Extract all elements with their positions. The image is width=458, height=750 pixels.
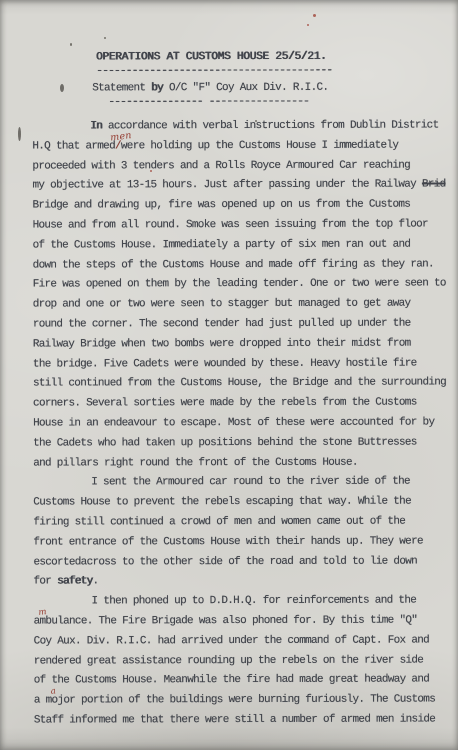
typed-text: firing still continued a crowd of men an… [33,516,405,529]
typed-text: of the Customs House. Immediately a part… [33,238,411,251]
typed-text: House in an endeavour to escape. Most of… [33,416,434,429]
typed-line: the bridge. Five Cadets were wounded by … [33,354,450,375]
typed-text: a m [34,695,52,707]
typed-text: down the steps of the Customs House and … [33,258,434,271]
typed-text: of the Customs House. Meanwhile the fire… [34,674,429,687]
subtitle-text-pre: Statement [92,82,151,94]
typed-text: safety [57,576,92,588]
subtitle-overstruck-word: by [151,82,163,94]
typed-line: House and from all round. Smoke was seen… [33,215,450,236]
title-underline: ---------------------------------------- [96,64,449,77]
typed-text: my objective at 13-15 hours. Just after … [32,179,422,192]
typed-line: drop and one or two were seen to stagger… [33,295,450,316]
ink-speck [18,127,21,141]
typed-line: and pillars right round the front of the… [33,453,450,474]
ink-speck [70,43,72,46]
typed-line: Railway Bridge when two bombs were dropp… [33,334,450,355]
ink-speck [104,37,106,39]
typed-text: were holding up the Customs House I imme… [121,139,398,152]
typed-text: the Cadets who had taken up positions be… [33,436,417,449]
typed-line: Customs House to prevent the rebels esca… [33,493,450,514]
typed-line: Staff informed me that there were still … [34,710,451,731]
typed-line: corners. Several sorties were made by th… [33,394,450,415]
typed-text: the bridge. Five Cadets were wounded by … [33,357,417,370]
typed-line: still continued from the Customs House, … [33,374,450,395]
document-body: In accordance with verbal instructions f… [32,116,451,731]
typed-line: for safety. [33,572,450,593]
typed-text: rendered great assistance rounding up th… [34,654,424,667]
typed-text: Railway Bridge when two bombs were dropp… [33,337,411,350]
typed-line: front entrance of the Customs House with… [33,532,450,553]
typed-line: rendered great assistance rounding up th… [34,651,451,672]
typed-line: round the corner. The second tender had … [33,314,450,335]
handwritten-insert: men/ [115,137,121,157]
typed-text: proceeded with 3 tenders and a Rolls Roy… [32,159,410,172]
corrected-letter: mm [39,612,45,632]
typed-text: Customs House to prevent the rebels esca… [33,496,411,509]
document-header: OPERATIONS AT CUSTOMS HOUSE 25/5/21. ---… [32,49,449,108]
typed-text: round the corner. The second tender had … [33,318,411,331]
typed-line: Fire was opened on them by the leading t… [33,275,450,296]
typed-text: corners. Several sorties were made by th… [33,397,417,410]
typed-line: of the Customs House. Meanwhile the fire… [34,671,451,692]
ink-speck [313,14,316,17]
subtitle-underline: ---------------- ----------------- [108,95,449,108]
typed-text: H.Q that armed [32,140,115,152]
typed-text: In [90,120,102,132]
typed-line: a maojor portion of the buildings were b… [34,691,451,712]
typed-line: Coy Aux. Div. R.I.C. had arrived under t… [34,631,451,652]
ink-speck [150,170,152,172]
handwritten-correction-text: men [109,126,133,148]
subtitle-text-post: O/C "F" Coy Aux Div. R.I.C. [163,82,328,94]
corrected-letter: ao [52,692,58,712]
typed-line: my objective at 13-15 hours. Just after … [32,176,449,197]
typed-text: jor portion of the buildings were burnin… [57,694,435,707]
ink-speck [60,84,64,92]
document-title: OPERATIONS AT CUSTOMS HOUSE 25/5/21. [96,49,449,65]
typed-line: ammbulance. The Fire Brigade was also ph… [34,611,451,632]
typed-text: still continued from the Customs House, … [33,377,446,390]
typed-text: for [33,576,57,588]
typed-text: House and from all round. Smoke was seen… [33,218,428,231]
typed-text: accordance with verbal instructions from… [102,119,438,132]
typed-line: the Cadets who had taken up positions be… [33,433,450,454]
typed-line: In accordance with verbal instructions f… [32,116,449,137]
typed-line: escortedacross to the other side of the … [33,552,450,573]
document-subtitle: Statement by O/C "F" Coy Aux Div. R.I.C. [92,80,449,96]
typed-line: of the Customs House. Immediately a part… [33,235,450,256]
ink-speck [255,120,257,122]
scanned-document-page: OPERATIONS AT CUSTOMS HOUSE 25/5/21. ---… [0,0,458,750]
document-content: OPERATIONS AT CUSTOMS HOUSE 25/5/21. ---… [32,49,451,731]
typed-text: Coy Aux. Div. R.I.C. had arrived under t… [34,634,429,647]
typed-line: H.Q that armedmen/were holding up the Cu… [32,136,449,157]
typed-text: front entrance of the Customs House with… [33,535,423,548]
typed-line: House in an endeavour to escape. Most of… [33,413,450,434]
ink-speck [307,24,309,26]
typed-line: down the steps of the Customs House and … [33,255,450,276]
typed-line: firing still continued a crowd of men an… [33,512,450,533]
typed-line: proceeded with 3 tenders and a Rolls Roy… [32,156,449,177]
typed-text: I then phoned up to D.D.H.Q. for reinfor… [92,595,417,608]
typed-text: escortedacross to the other side of the … [33,555,417,568]
typed-text: bulance. The Fire Brigade was also phone… [45,614,417,627]
typed-text: and pillars right round the front of the… [33,456,358,469]
typed-text: Fire was opened on them by the leading t… [33,278,446,291]
typed-line: I then phoned up to D.D.H.Q. for reinfor… [34,592,451,613]
struck-out-word: Brid [422,179,446,191]
typed-text: Staff informed me that there were still … [34,713,435,726]
typed-text: I sent the Armoured car round to the riv… [91,476,410,489]
typed-text: . [93,576,99,588]
typed-text: drop and one or two were seen to stagger… [33,298,411,311]
typed-text: Bridge and drawing up, fire was opened u… [33,199,411,212]
typed-line: I sent the Armoured car round to the riv… [33,473,450,494]
typed-line: Bridge and drawing up, fire was opened u… [32,196,449,217]
